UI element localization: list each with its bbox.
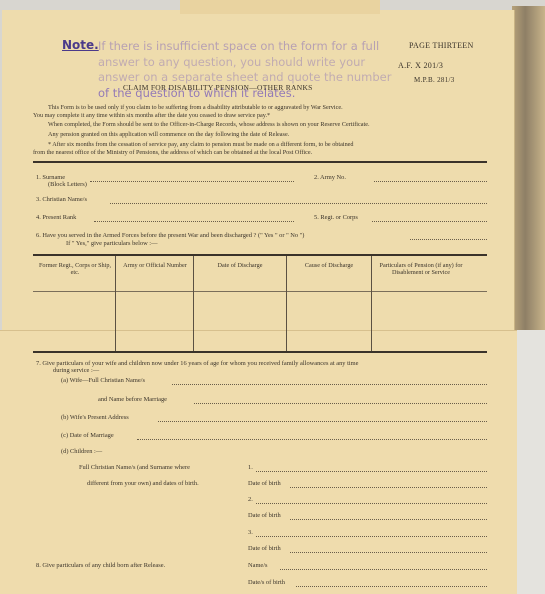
surname-label: 1. Surname xyxy=(36,174,65,181)
form-code-2: M.P.B. 281/3 xyxy=(414,76,455,84)
section8-dates-label: Date/s of birth xyxy=(248,579,285,586)
table-header-former-regt: Former Regt., Corps or Ship, etc. xyxy=(38,262,112,276)
table-header-army-number: Army or Official Number xyxy=(120,262,190,269)
present-rank-label: 4. Present Rank xyxy=(36,214,76,221)
previous-service-question: 6. Have you served in the Armed Forces b… xyxy=(36,232,304,239)
child-1-dob-label: Date of birth xyxy=(248,480,281,487)
instruction-4a: * After six months from the cessation of… xyxy=(48,141,354,148)
table-header-rule xyxy=(33,291,487,292)
table-bottom-rule xyxy=(33,351,487,353)
stamp-note-line3: answer on a separate sheet and quote the… xyxy=(98,70,391,84)
christian-names-label: 3. Christian Name/s xyxy=(36,196,87,203)
form-code-1: A.F. X 201/3 xyxy=(398,61,443,70)
background xyxy=(517,330,545,594)
table-header-date-discharge: Date of Discharge xyxy=(215,262,265,269)
children-label: (d) Children :— xyxy=(61,448,102,455)
paper-tab xyxy=(180,0,380,14)
wife-names-field[interactable] xyxy=(172,384,487,385)
instruction-2: When completed, the Form should be sent … xyxy=(48,121,370,128)
table-top-rule xyxy=(33,254,487,256)
wife-address-label: (b) Wife's Present Address xyxy=(61,414,129,421)
army-no-label: 2. Army No. xyxy=(314,174,346,181)
surname-field[interactable] xyxy=(90,181,294,182)
previous-service-field[interactable] xyxy=(410,239,487,240)
divider xyxy=(33,161,487,163)
wife-maiden-name-label: and Name before Marriage xyxy=(98,396,167,403)
instruction-3: Any pension granted on this application … xyxy=(48,131,289,138)
present-rank-field[interactable] xyxy=(94,221,294,222)
table-header-cause-discharge: Cause of Discharge xyxy=(302,262,356,269)
regt-corps-label: 5. Regt. or Corps xyxy=(314,214,358,221)
regt-corps-field[interactable] xyxy=(372,221,487,222)
wife-address-field[interactable] xyxy=(158,421,487,422)
marriage-date-field[interactable] xyxy=(137,439,487,440)
child-2-dob-field[interactable] xyxy=(290,519,487,520)
wife-maiden-name-field[interactable] xyxy=(194,403,487,404)
child-2-label: 2. xyxy=(248,496,253,503)
previous-service-note: If " Yes," give particulars below :— xyxy=(66,240,157,247)
page-label: PAGE THIRTEEN xyxy=(409,41,474,50)
instruction-4b: from the nearest office of the Ministry … xyxy=(33,149,312,156)
paper-edge xyxy=(512,6,545,350)
section8-dates-field[interactable] xyxy=(296,586,487,587)
child-1-name-field[interactable] xyxy=(256,471,487,472)
army-no-field[interactable] xyxy=(374,181,487,182)
child-3-dob-field[interactable] xyxy=(290,552,487,553)
section8-names-field[interactable] xyxy=(280,569,487,570)
child-2-dob-label: Date of birth xyxy=(248,512,281,519)
table-entry-row[interactable] xyxy=(36,294,484,349)
child-3-label: 3. xyxy=(248,529,253,536)
section7-intro-cont: during service :— xyxy=(53,367,99,374)
stamp-note-line2: answer to any question, you should write… xyxy=(98,55,365,69)
form-title: CLAIM FOR DISABILITY PENSION—OTHER RANKS xyxy=(123,83,313,92)
child-3-name-field[interactable] xyxy=(256,536,487,537)
child-1-label: 1. xyxy=(248,464,253,471)
instruction-1b: You may complete it any time within six … xyxy=(33,112,270,119)
stamp-note-line1: If there is insufficient space on the fo… xyxy=(98,39,379,53)
section7-intro: 7. Give particulars of your wife and chi… xyxy=(36,360,358,367)
christian-names-field[interactable] xyxy=(110,203,487,204)
child-1-dob-field[interactable] xyxy=(290,487,487,488)
table-header-pension-particulars: Particulars of Pension (if any) for Disa… xyxy=(376,262,466,276)
marriage-date-label: (c) Date of Marriage xyxy=(61,432,114,439)
instruction-1a: This Form is to be used only if you clai… xyxy=(48,104,343,111)
child-3-dob-label: Date of birth xyxy=(248,545,281,552)
surname-sublabel: (Block Letters) xyxy=(48,181,87,188)
section8-label: 8. Give particulars of any child born af… xyxy=(36,562,165,569)
child-2-name-field[interactable] xyxy=(256,503,487,504)
wife-names-label: (a) Wife—Full Christian Name/s xyxy=(61,377,145,384)
stamp-note-label: Note. xyxy=(62,38,99,52)
section8-names-label: Name/s xyxy=(248,562,268,569)
children-desc-2: different from your own) and dates of bi… xyxy=(87,480,199,487)
children-desc-1: Full Christian Name/s (and Surname where xyxy=(79,464,190,471)
